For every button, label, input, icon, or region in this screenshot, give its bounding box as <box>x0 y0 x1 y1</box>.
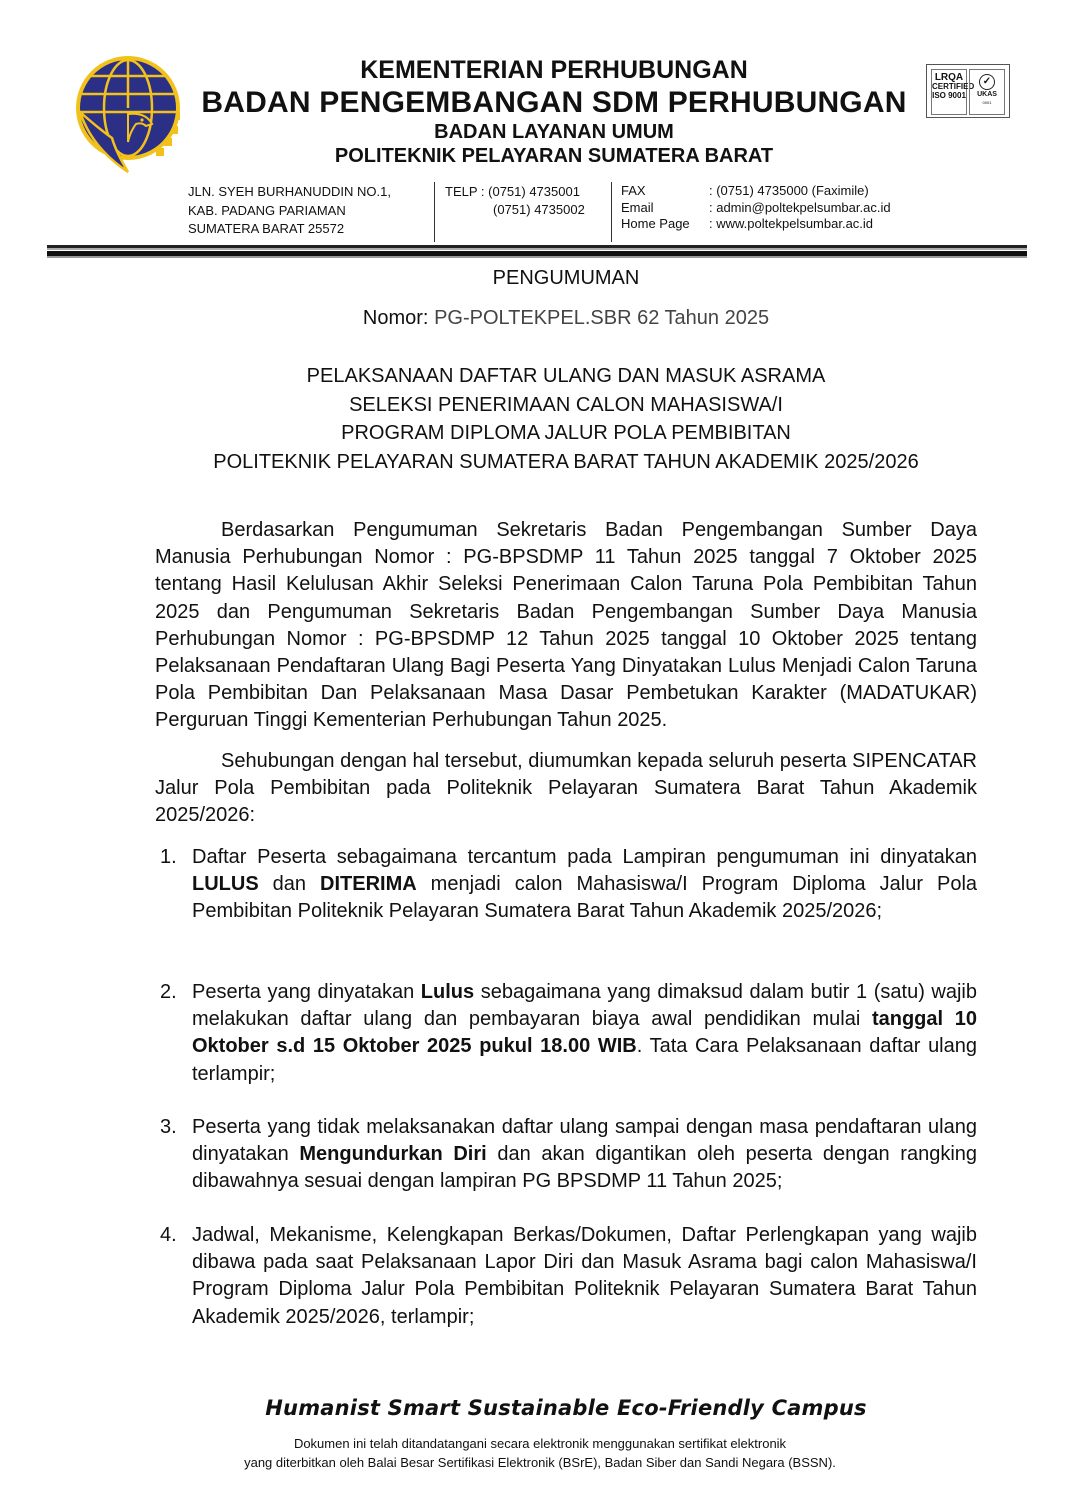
campus-motto: Humanist Smart Sustainable Eco-Friendly … <box>0 1396 1080 1420</box>
letterhead-rule <box>47 248 1027 250</box>
divider <box>611 182 612 242</box>
contact-block: FAX: (0751) 4735000 (Faximile) Email: ad… <box>621 183 941 233</box>
list-item: 3. Peserta yang tidak melaksanakan dafta… <box>160 1114 977 1196</box>
ukas-check-icon: ✓ UKAS 0001 <box>969 69 1005 115</box>
phone-block: TELP : (0751) 4735001 (0751) 4735002 <box>445 183 605 219</box>
divider <box>434 182 435 242</box>
certification-badge: LRQA CERTIFIED ISO 9001 ✓ UKAS 0001 <box>926 64 1010 118</box>
document-number: Nomor: PG-POLTEKPEL.SBR 62 Tahun 2025 <box>0 307 1080 330</box>
list-item: 1. Daftar Peserta sebagaimana tercantum … <box>160 844 977 926</box>
institution-name: POLITEKNIK PELAYARAN SUMATERA BARAT <box>0 145 1080 168</box>
lrqa-iso-icon: LRQA CERTIFIED ISO 9001 <box>931 69 967 115</box>
document-type: PENGUMUMAN <box>0 267 1080 290</box>
unit-type: BADAN LAYANAN UMUM <box>0 121 1080 144</box>
paragraph-announcement: Sehubungan dengan hal tersebut, diumumka… <box>155 748 977 830</box>
list-item: 4. Jadwal, Mekanisme, Kelengkapan Berkas… <box>160 1222 977 1331</box>
document-title: PELAKSANAAN DAFTAR ULANG DAN MASUK ASRAM… <box>0 362 1080 476</box>
list-item: 2. Peserta yang dinyatakan Lulus sebagai… <box>160 979 977 1088</box>
homepage-link[interactable]: : www.poltekpelsumbar.ac.id <box>709 216 873 231</box>
letterhead-rule <box>47 256 1027 258</box>
address-block: JLN. SYEH BURHANUDDIN NO.1, KAB. PADANG … <box>188 183 428 239</box>
agency-name: BADAN PENGEMBANGAN SDM PERHUBUNGAN <box>0 86 1080 120</box>
ministry-name: KEMENTERIAN PERHUBUNGAN <box>0 56 1080 85</box>
paragraph-reference: Berdasarkan Pengumuman Sekretaris Badan … <box>155 517 977 735</box>
e-signature-note: yang diterbitkan oleh Balai Besar Sertif… <box>0 1455 1080 1470</box>
e-signature-note: Dokumen ini telah ditandatangani secara … <box>0 1436 1080 1451</box>
email-link[interactable]: : admin@poltekpelsumbar.ac.id <box>709 200 891 215</box>
